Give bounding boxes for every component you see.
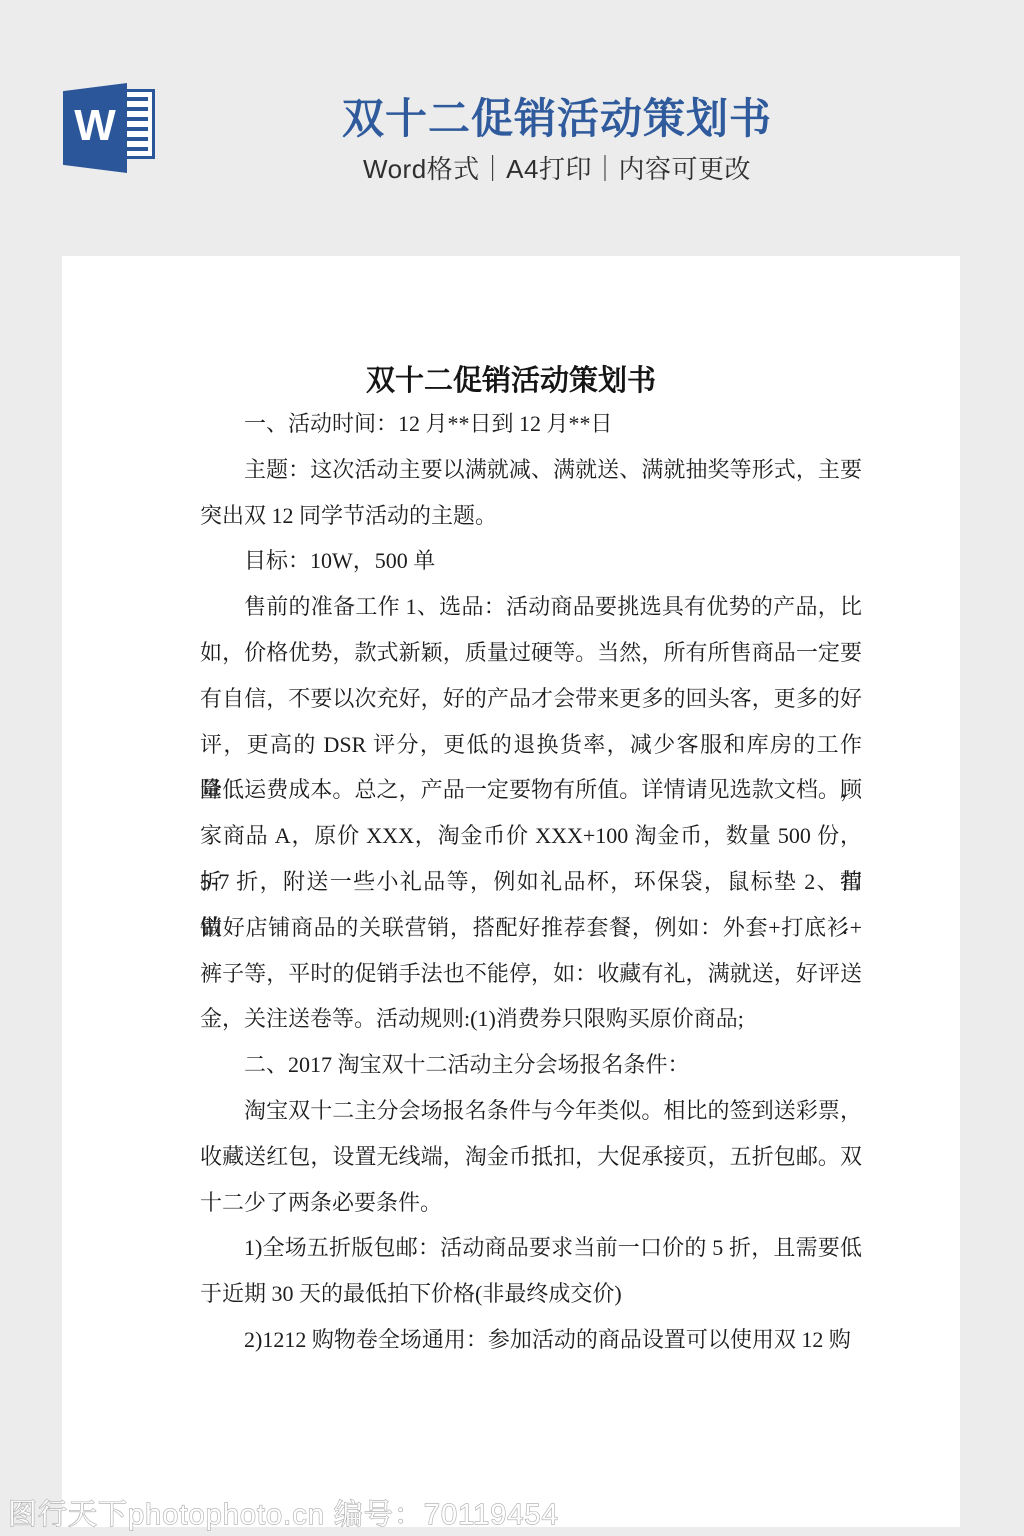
doc-line: 目标：10W，500 单 [200,538,862,584]
template-title: 双十二促销活动策划书 [90,93,1024,145]
document-page: 双十二促销活动策划书 一、活动时间：12 月**日到 12 月**日主题：这次活… [62,256,960,1527]
doc-line: 淘宝双十二主分会场报名条件与今年类似。相比的签到送彩票， [200,1088,862,1134]
doc-line: 裤子等，平时的促销手法也不能停，如：收藏有礼，满就送，好评送 [200,951,862,997]
doc-line: 一、活动时间：12 月**日到 12 月**日 [200,401,862,447]
doc-line: 评，更高的 DSR 评分，更低的退换货率，减少客服和库房的工作量， [200,722,862,768]
doc-line: 有自信，不要以次充好，好的产品才会带来更多的回头客，更多的好 [200,676,862,722]
header: 双十二促销活动策划书 Word格式｜A4打印｜内容可更改 [90,93,1024,184]
doc-line: 2)1212 购物卷全场通用：参加活动的商品设置可以使用双 12 购 [200,1317,862,1363]
doc-line: 售前的准备工作 1、选品：活动商品要挑选具有优势的产品，比 [200,584,862,630]
document-title: 双十二促销活动策划书 [62,361,960,401]
doc-line: 降低运费成本。总之，产品一定要物有所值。详情请见选款文档。顾 [200,767,862,813]
doc-line: 收藏送红包，设置无线端，淘金币抵扣，大促承接页，五折包邮。双 [200,1134,862,1180]
page-background: W 双十二促销活动策划书 Word格式｜A4打印｜内容可更改 双十二促销活动策划… [0,0,1024,1536]
doc-line: 十二少了两条必要条件。 [200,1180,862,1226]
template-subtitle: Word格式｜A4打印｜内容可更改 [90,154,1024,184]
doc-line: 二、2017 淘宝双十二活动主分会场报名条件： [200,1042,862,1088]
doc-line: 金，关注送卷等。活动规则:(1)消费券只限购买原价商品; [200,996,862,1042]
doc-line: 做好店铺商品的关联营销，搭配好推荐套餐，例如：外套+打底衫+ [200,905,862,951]
doc-line: 突出双 12 同学节活动的主题。 [200,493,862,539]
doc-line: 主题：这次活动主要以满就减、满就送、满就抽奖等形式，主要 [200,447,862,493]
document-body: 一、活动时间：12 月**日到 12 月**日主题：这次活动主要以满就减、满就送… [200,401,862,1363]
doc-line: 如，价格优势，款式新颖，质量过硬等。当然，所有所售商品一定要 [200,630,862,676]
doc-line: 5-7 折，附送一些小礼品等，例如礼品杯，环保袋，鼠标垫 2、营销： [200,859,862,905]
doc-line: 于近期 30 天的最低拍下价格(非最终成交价) [200,1271,862,1317]
doc-line: 1)全场五折版包邮：活动商品要求当前一口价的 5 折，且需要低 [200,1225,862,1271]
watermark-text: 图行天下photophoto.cn 编号：70119454 [8,1492,559,1533]
doc-line: 家商品 A，原价 XXX，淘金币价 XXX+100 淘金币，数量 500 份，折… [200,813,862,859]
